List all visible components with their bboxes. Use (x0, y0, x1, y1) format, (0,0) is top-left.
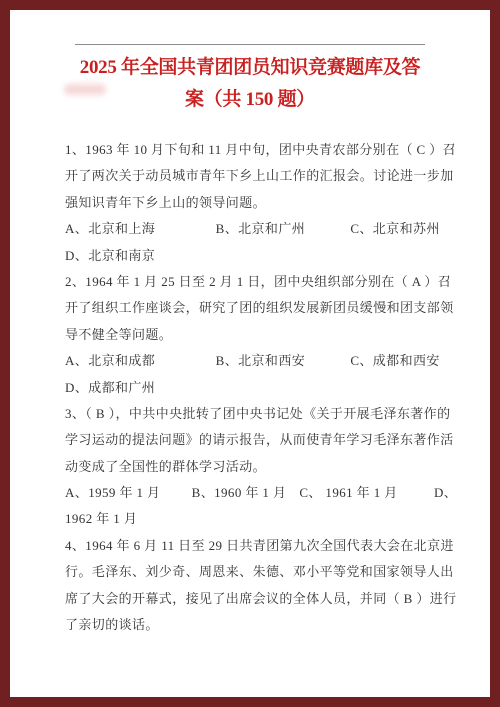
question-1-option-d: D、北京和南京 (65, 243, 457, 269)
title-line-1: 2025 年全国共青团团员知识竞赛题库及答 (40, 52, 460, 84)
document-body: 1、1963 年 10 月下旬和 11 月中旬，团中央青农部分别在（ C ）召 … (65, 137, 457, 638)
title-line-2: 案（共 150 题） (40, 84, 460, 116)
question-1-option-c: C、北京和苏州 (350, 216, 439, 242)
question-1-line-1: 1、1963 年 10 月下旬和 11 月中旬，团中央青农部分别在（ C ）召 (65, 137, 457, 163)
question-3-line-3: 动变成了全国性的群体学习活动。 (65, 454, 457, 480)
question-2-option-c: C、成都和西安 (350, 348, 439, 374)
question-1-option-a: A、北京和上海 (65, 216, 212, 242)
document-title: 2025 年全国共青团团员知识竞赛题库及答 案（共 150 题） (40, 52, 460, 116)
question-4-line-4: 了亲切的谈话。 (65, 612, 457, 638)
question-4-line-2: 行。毛泽东、刘少奇、周恩来、朱德、邓小平等党和国家领导人出 (65, 559, 457, 585)
question-2-line-3: 导不健全等问题。 (65, 322, 457, 348)
question-3-option-a: A、1959 年 1 月 (65, 480, 188, 506)
question-2-line-2: 开了组织工作座谈会，研究了团的组织发展新团员缓慢和团支部领 (65, 295, 457, 321)
question-4-line-3: 席了大会的开幕式，接见了出席会议的全体人员，并同（ B ）进行 (65, 586, 457, 612)
question-1-line-2: 开了两次关于动员城市青年下乡上山工作的汇报会。讨论进一步加 (65, 163, 457, 189)
question-2-options-row: A、北京和成都 B、北京和西安 C、成都和西安 (65, 348, 457, 374)
question-1-options-row: A、北京和上海 B、北京和广州 C、北京和苏州 (65, 216, 457, 242)
question-3-line-2: 学习运动的提法问题》的请示报告，从而使青年学习毛泽东著作活 (65, 427, 457, 453)
question-3-option-d-continuation: 1962 年 1 月 (65, 506, 457, 532)
document-page: 2025 年全国共青团团员知识竞赛题库及答 案（共 150 题） 1、1963 … (0, 0, 500, 707)
question-2-line-1: 2、1964 年 1 月 25 日至 2 月 1 日，团中央组织部分别在（ A … (65, 269, 457, 295)
question-4-line-1: 4、1964 年 6 月 11 日至 29 日共青团第九次全国代表大会在北京进 (65, 533, 457, 559)
question-3-option-b: B、1960 年 1 月 (192, 480, 296, 506)
question-2-option-d: D、成都和广州 (65, 375, 457, 401)
question-3-option-c: C、 1961 年 1 月 (299, 480, 430, 506)
question-2-option-b: B、北京和西安 (216, 348, 347, 374)
question-2-option-a: A、北京和成都 (65, 348, 212, 374)
question-3-option-d: D、 (434, 480, 457, 506)
question-1-line-3: 强知识青年下乡上山的领导问题。 (65, 190, 457, 216)
question-3-line-1: 3、（ B ），中共中央批转了团中央书记处《关于开展毛泽东著作的 (65, 401, 457, 427)
question-1-option-b: B、北京和广州 (216, 216, 347, 242)
question-3-options-row: A、1959 年 1 月 B、1960 年 1 月 C、 1961 年 1 月 … (65, 480, 457, 506)
header-divider-line (75, 44, 425, 45)
